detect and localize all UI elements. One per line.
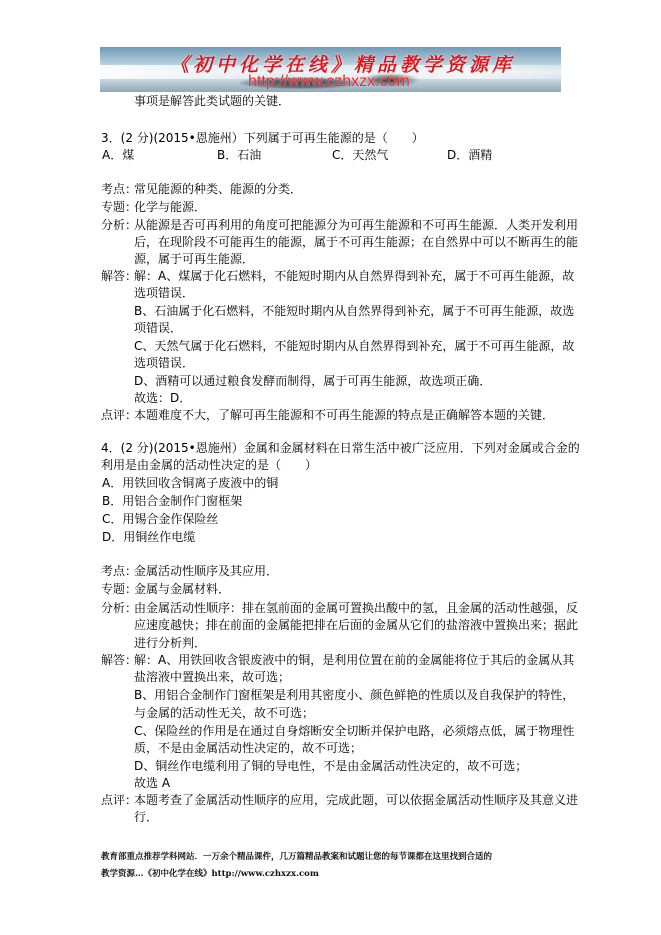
q4-jieda-line: D、铜丝作电缆利用了铜的导电性，不是由金属活动性决定的，故不可选； (134, 759, 527, 774)
q3-jieda-line: D、酒精可以通过粮食发酵而制得，属于可再生能源，故选项正确． (134, 374, 491, 389)
q4-kaodian: 金属活动性顺序及其应用． (134, 564, 278, 579)
q4-jieda-line: C、保险丝的作用是在通过自身熔断安全切断并保护电路，必须熔点低，属于物理性 (134, 724, 574, 739)
q3-jieda-label: 解答： (101, 269, 137, 284)
q3-zhuanti: 化学与能源． (134, 200, 206, 215)
q4-jieda-line: 质，不是由金属活动性决定的，故不可选； (134, 741, 362, 756)
q3-zhuanti-label: 专题： (101, 200, 137, 215)
q3-jieda-line: 选项错误． (134, 286, 194, 301)
q3-option-c: C．天然气 (332, 148, 388, 163)
q4-zhuanti-label: 专题： (101, 582, 137, 597)
q3-fenxi-line: 后，在现阶段不可能再生的能源，属于不可再生能源；在自然界中可以不断再生的能 (134, 235, 578, 250)
q3-stem: 3．(2 分)(2015•恩施州）下列属于可再生能源的是（ ） (101, 131, 424, 146)
q3-kaodian: 常见能源的种类、能源的分类． (134, 182, 302, 197)
previous-question-tail: 事项是解答此类试题的关键． (134, 94, 290, 109)
q3-kaodian-label: 考点： (101, 182, 137, 197)
q3-option-d: D．酒精 (447, 148, 492, 163)
q3-fenxi-line: 从能源是否可再利用的角度可把能源分为可再生能源和不可再生能源．人类开发利用 (134, 218, 578, 233)
q3-answer: 故选：D． (134, 391, 191, 406)
q4-jieda-line: 与金属的活动性无关，故不可选； (134, 706, 314, 721)
q4-stem-line: 利用是由金属的活动性决定的是（ ） (101, 458, 317, 473)
q3-dianping: 本题难度不大，了解可再生能源和不可再生能源的特点是正确解答本题的关键． (134, 408, 554, 423)
q4-zhuanti: 金属与金属材料． (134, 582, 230, 597)
q4-stem-line: 4．(2 分)(2015•恩施州）金属和金属材料在日常生活中被广泛应用．下列对金… (101, 441, 580, 456)
banner-url: http://www.czhxzx.com (248, 73, 410, 91)
footer-line-1: 教育部重点推荐学科网站．一万余个精品课件，几万篇精品教案和试题让您的每节课都在这… (101, 850, 492, 864)
q3-jieda-line: 解：A、煤属于化石燃料，不能短时期内从自然界得到补充，属于不可再生能源，故 (134, 269, 574, 284)
q4-answer: 故选 A (134, 776, 170, 791)
q4-jieda-label: 解答： (101, 653, 137, 668)
q4-kaodian-label: 考点： (101, 564, 137, 579)
q4-option-b: B．用铝合金制作门窗框架 (102, 494, 242, 509)
q4-dianping-label: 点评： (101, 793, 137, 808)
q4-jieda-line: B、用铝合金制作门窗框架是利用其密度小、颜色鲜艳的性质以及自我保护的特性， (134, 688, 574, 703)
q4-jieda-line: 解：A、用铁回收含银废液中的铜，是利用位置在前的金属能将位于其后的金属从其 (134, 653, 574, 668)
q3-jieda-line: C、天然气属于化石燃料，不能短时期内从自然界得到补充，属于不可再生能源，故 (134, 339, 574, 354)
q3-fenxi-label: 分析： (101, 218, 137, 233)
q3-jieda-line: B、石油属于化石燃料，不能短时期内从自然界得到补充，属于不可再生能源，故选 (134, 304, 574, 319)
q4-option-a: A．用铁回收含铜离子废液中的铜 (102, 476, 278, 491)
q3-fenxi-line: 源，属于可再生能源． (134, 252, 254, 267)
q3-option-a: A．煤 (102, 148, 134, 163)
q3-option-b: B．石油 (217, 148, 261, 163)
site-banner: 《初中化学在线》精品教学资源库 http://www.czhxzx.com (100, 47, 561, 92)
q4-dianping-line: 行． (134, 810, 158, 825)
q4-fenxi-label: 分析： (101, 601, 137, 616)
footer-line-2: 教学资源…《初中化学在线》http://www.czhxzx.com (101, 867, 319, 881)
q4-fenxi-line: 由金属活动性顺序：排在氢前面的金属可置换出酸中的氢，且金属的活动性越强，反 (134, 601, 578, 616)
q4-fenxi-line: 应速度越快；排在前面的金属能把排在后面的金属从它们的盐溶液中置换出来；据此 (134, 618, 578, 633)
q4-jieda-line: 盐溶液中置换出来，故可选； (134, 670, 290, 685)
q4-dianping-line: 本题考查了金属活动性顺序的应用，完成此题，可以依据金属活动性顺序及其意义进 (134, 793, 578, 808)
q4-option-d: D．用铜丝作电缆 (102, 530, 195, 545)
q3-jieda-line: 项错误． (134, 321, 182, 336)
q3-jieda-line: 选项错误． (134, 356, 194, 371)
q4-fenxi-line: 进行分析判． (134, 636, 206, 651)
q3-dianping-label: 点评： (101, 408, 137, 423)
q4-option-c: C．用锡合金作保险丝 (102, 512, 218, 527)
